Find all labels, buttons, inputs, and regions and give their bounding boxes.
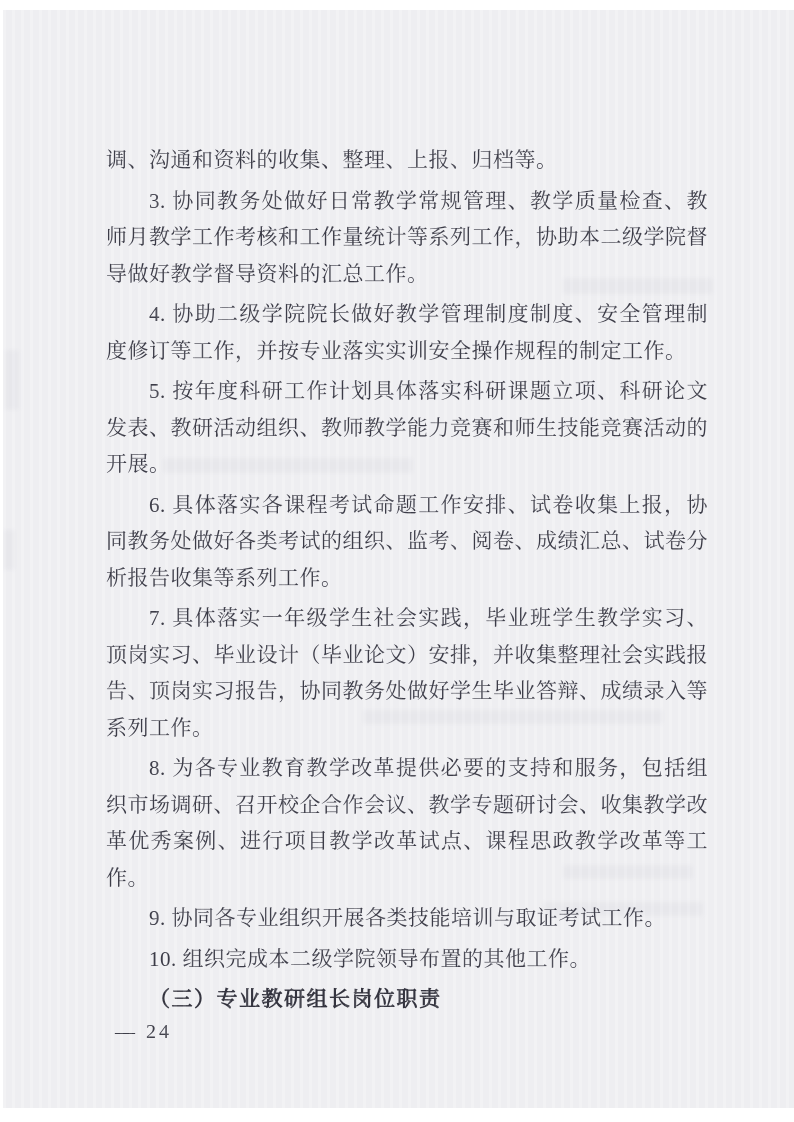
scanned-document-view: 调、沟通和资料的收集、整理、上报、归档等。 3. 协同教务处做好日常教学常规管理… bbox=[0, 0, 794, 1122]
paragraph-item-9: 9. 协同各专业组织开展各类技能培训与取证考试工作。 bbox=[106, 900, 708, 937]
paragraph-item-5: 5. 按年度科研工作计划具体落实科研课题立项、科研论文发表、教研活动组织、教师教… bbox=[106, 373, 708, 483]
paragraph-item-3: 3. 协同教务处做好日常教学常规管理、教学质量检查、教师月教学工作考核和工作量统… bbox=[106, 183, 708, 293]
paragraph-item-4: 4. 协助二级学院院长做好教学管理制度制度、安全管理制度修订等工作，并按专业落实… bbox=[106, 296, 708, 369]
scan-smudge bbox=[5, 350, 19, 410]
section-heading: （三）专业教研组长岗位职责 bbox=[106, 981, 708, 1018]
document-page: 调、沟通和资料的收集、整理、上报、归档等。 3. 协同教务处做好日常教学常规管理… bbox=[3, 10, 794, 1108]
page-number: — 24 bbox=[115, 1020, 172, 1044]
paragraph-item-10: 10. 组织完成本二级学院领导布置的其他工作。 bbox=[106, 941, 708, 978]
paragraph-item-6: 6. 具体落实各课程考试命题工作安排、试卷收集上报，协同教务处做好各类考试的组织… bbox=[106, 487, 708, 597]
scan-smudge bbox=[3, 530, 15, 570]
document-body-text: 调、沟通和资料的收集、整理、上报、归档等。 3. 协同教务处做好日常教学常规管理… bbox=[106, 142, 708, 1018]
paragraph-item-7: 7. 具体落实一年级学生社会实践，毕业班学生教学实习、顶岗实习、毕业设计（毕业论… bbox=[106, 600, 708, 746]
paragraph-item-8: 8. 为各专业教育教学改革提供必要的支持和服务，包括组织市场调研、召开校企合作会… bbox=[106, 750, 708, 896]
paragraph-continuation: 调、沟通和资料的收集、整理、上报、归档等。 bbox=[106, 142, 708, 179]
